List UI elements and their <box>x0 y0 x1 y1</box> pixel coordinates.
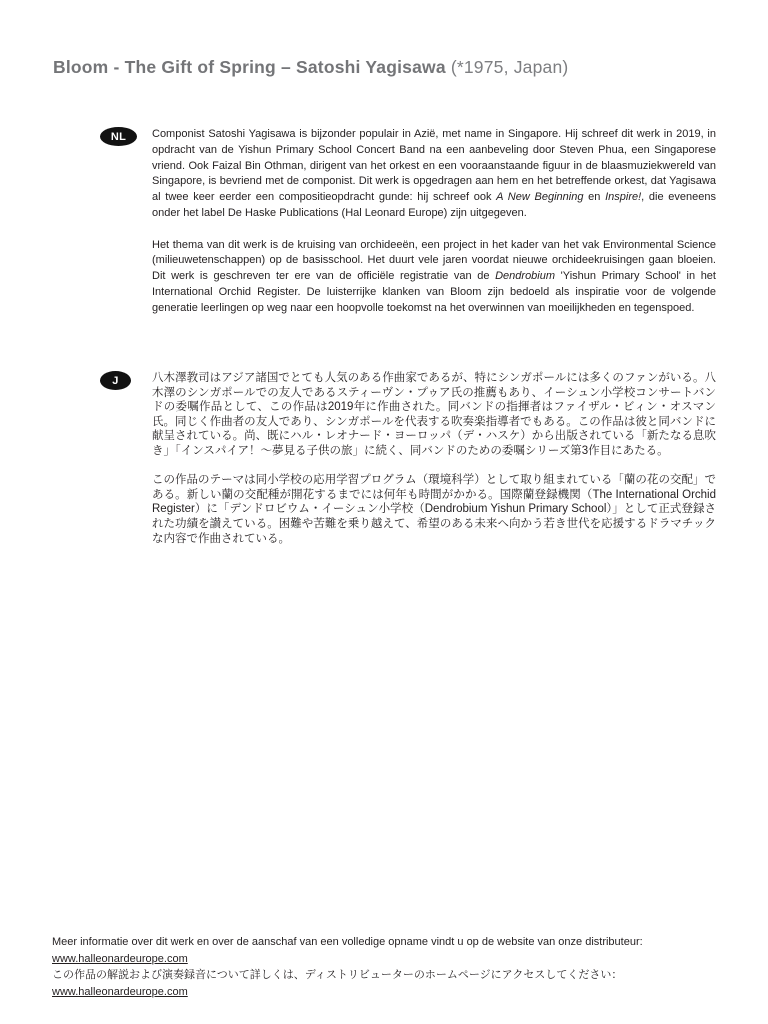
distributor-link-nl[interactable]: www.halleonardeurope.com <box>52 953 188 965</box>
nl-p1-work-title-italic: Inspire! <box>605 191 641 203</box>
j-paragraph-1: 八木澤教司はアジア諸国でとても人気のある作曲家であるが、特にシンガポールには多く… <box>152 371 716 459</box>
footer-nl-text: Meer informatie over dit werk en over de… <box>52 936 643 948</box>
language-badge-nl: NL <box>100 127 137 146</box>
nl-p1-work-title-italic: A New Beginning <box>496 191 583 203</box>
title-birth-year-country: (*1975, Japan) <box>446 57 569 77</box>
document-page: Bloom - The Gift of Spring – Satoshi Yag… <box>0 0 768 1024</box>
nl-p2-orchid-name-italic: Dendrobium <box>495 270 555 282</box>
language-badge-j: J <box>100 371 131 390</box>
footer-line-nl: Meer informatie over dit werk en over de… <box>52 934 720 967</box>
page-title: Bloom - The Gift of Spring – Satoshi Yag… <box>53 57 568 78</box>
footer-line-url: www.halleonardeurope.com <box>52 984 720 1001</box>
nl-p1-text: en <box>583 191 605 203</box>
section-nl-text: Componist Satoshi Yagisawa is bijzonder … <box>152 127 716 317</box>
section-j-text: 八木澤教司はアジア諸国でとても人気のある作曲家であるが、特にシンガポールには多く… <box>152 371 716 546</box>
nl-paragraph-2: Het thema van dit werk is de kruising va… <box>152 238 716 317</box>
title-work-composer: Bloom - The Gift of Spring – Satoshi Yag… <box>53 57 446 77</box>
nl-paragraph-1: Componist Satoshi Yagisawa is bijzonder … <box>152 127 716 222</box>
distributor-link-jp[interactable]: www.halleonardeurope.com <box>52 986 188 998</box>
j-paragraph-2: この作品のテーマは同小学校の応用学習プログラム（環境科学）として取り組まれている… <box>152 473 716 546</box>
footer-line-jp: この作品の解説および演奏録音について詳しくは、ディストリビューターのホームページ… <box>52 967 720 984</box>
footer: Meer informatie over dit werk en over de… <box>52 934 720 1000</box>
